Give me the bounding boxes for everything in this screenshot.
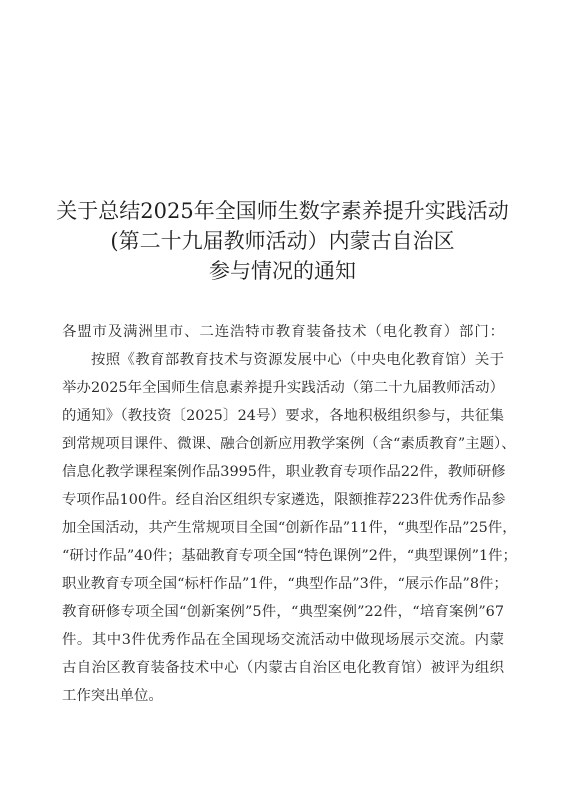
document-body: 各盟市及满洲里市、二连浩特市教育装备技术（电化教育）部门： 按照《教育部教育技术… [62,318,504,710]
body-line: 件。其中3件优秀作品在全国现场交流活动中做现场展示交流。内蒙 [62,626,504,654]
body-line: 职业教育专项全国“标杆作品”1件，“典型作品”3件，“展示作品”8件； [62,570,504,598]
title-line-1: 关于总结2025年全国师生数字素养提升实践活动 [0,196,565,226]
body-line: 的通知》（教技资〔2025〕24号）要求，各地积极组织参与，共征集 [62,402,504,430]
body-line: 工作突出单位。 [62,682,504,710]
document-page: 关于总结2025年全国师生数字素养提升实践活动 (第二十九届教师活动）内蒙古自治… [0,0,565,800]
document-title: 关于总结2025年全国师生数字素养提升实践活动 (第二十九届教师活动）内蒙古自治… [0,196,565,286]
salutation: 各盟市及满洲里市、二连浩特市教育装备技术（电化教育）部门： [62,318,504,346]
body-line: 到常规项目课件、微课、融合创新应用教学案例（含“素质教育”主题）、 [62,430,504,458]
body-line: “研讨作品”40件；基础教育专项全国“特色课例”2件，“典型课例”1件； [62,542,504,570]
body-line: 古自治区教育装备技术中心（内蒙古自治区电化教育馆）被评为组织 [62,654,504,682]
title-line-3: 参与情况的通知 [0,256,565,286]
body-line: 信息化教学课程案例作品3995件，职业教育专项作品22件，教师研修 [62,458,504,486]
body-line: 举办2025年全国师生信息素养提升实践活动（第二十九届教师活动） [62,374,504,402]
body-line: 教育研修专项全国“创新案例”5件，“典型案例”22件，“培育案例”67 [62,598,504,626]
body-line: 加全国活动，共产生常规项目全国“创新作品”11件，“典型作品”25件， [62,514,504,542]
body-line: 专项作品100件。经自治区组织专家遴选，限额推荐223件优秀作品参 [62,486,504,514]
title-line-2: (第二十九届教师活动）内蒙古自治区 [0,226,565,256]
body-line: 按照《教育部教育技术与资源发展中心（中央电化教育馆）关于 [62,346,504,374]
